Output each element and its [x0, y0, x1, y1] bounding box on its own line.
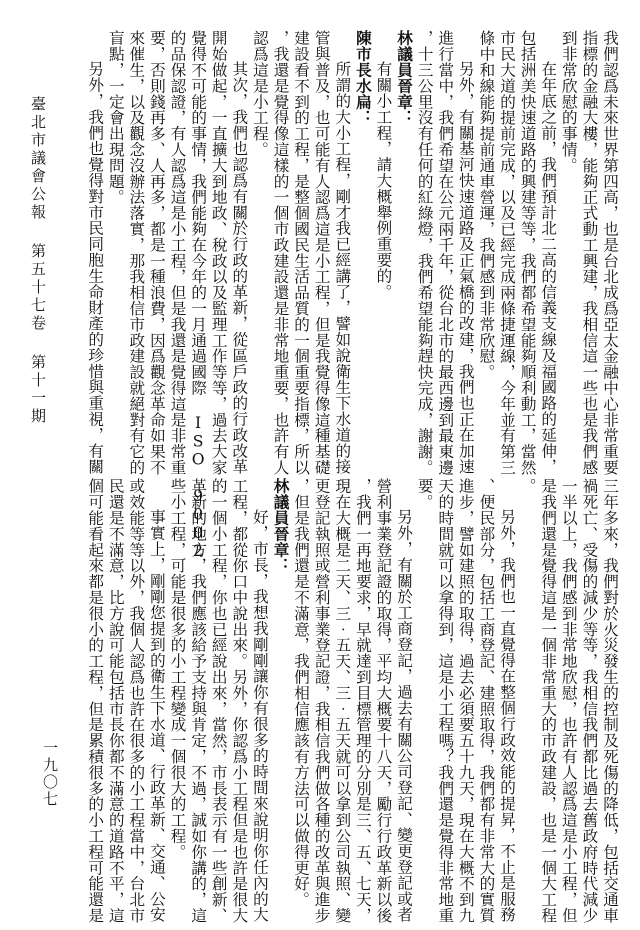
text-line: 進行當中，我們希望在公元兩千年，從台北市的最西邊到最東邊 — [435, 30, 456, 450]
text-line: 另外，有關基河快速道路及正氣橋的改建，我們也正在加速 — [455, 30, 476, 450]
text-line: 的一個小工程，你也已經說出來，當然，市長表示有一些創新、 — [208, 478, 229, 888]
text-line: 三年多來，我們對於火災發生的控制及死傷的降低，包括交通車 — [599, 478, 620, 888]
text-line: 事實上，剛剛您提到的衛生下水道、行政革新、交通、公安 — [146, 478, 167, 888]
text-line: 民還是不滿意，比方說可能包括市長你都不滿意的道路不平，這 — [105, 478, 126, 888]
text-line: ，但是我們還是不滿意，我們相信應該有方法可以做得更好。 — [291, 478, 312, 888]
text-line: 認爲這是小工程。 — [249, 30, 270, 450]
text-line: 更登記執照或營利事業登記證，我相信我們做各種的改革與進步 — [311, 478, 332, 888]
text-line: ，我還是覺得像這樣的一個市政建設還是非常地重要，也許有人 — [270, 30, 291, 450]
text-line: 。 — [517, 478, 538, 888]
text-line: 工程，都從你口中說出來。另外，你認爲小工程但是也許是很大 — [229, 478, 250, 888]
text-line: 覺得不可能的事情，我們能夠在今年的一月通過國際 ISO 9002 — [188, 30, 209, 450]
text-line: 在年底之前，我們預計北二高的信義支線及福國路的延伸， — [538, 30, 559, 450]
text-line: 一半以上，我們感到非常地欣慰，也許有人認爲這是小工程，但 — [558, 478, 579, 888]
text-line: 進步，譬如建照的取得，過去必須要五十九天，現在大概不到九 — [455, 478, 476, 888]
issue-label: 第十一期 — [29, 354, 47, 426]
text-line: 天的時間就可以拿得到，這是小工程嗎？我們還是覺得非常地重 — [435, 478, 456, 888]
text-line: 現在大概是二天、三‧五天、三‧五天就可以拿到公司執照、變 — [332, 478, 353, 888]
journal-title: 臺北市議會公報 — [29, 96, 47, 222]
text-line: 是我們還是覺得這是一個非常重大的市政建設，也是一個大工程 — [538, 478, 559, 888]
text-line: 指標的金融大樓，能夠正式動工興建，我相信這一些也是我們感 — [579, 30, 600, 450]
bottom-text-block: 三年多來，我們對於火災發生的控制及死傷的降低，包括交通車 禍死亡、受傷的減少等等… — [45, 478, 620, 888]
text-line: 另外，我們也覺得對市民同胞生命財產的珍惜與重視，有關 — [85, 30, 106, 450]
text-line: 個可能看起來都是很小的工程，但是累積很多的小工程可能還是 — [85, 478, 106, 888]
text-line: 市民大道的提前完成，以及已經完成兩條捷運線，今年並有第三 — [496, 30, 517, 450]
text-line: 所謂的大小工程，剛才我已經講了，譬如說衛生下水道的接 — [332, 30, 353, 450]
journal-header: 臺北市議會公報第五十七卷第十一期 — [28, 96, 49, 426]
text-line: 管與普及，也可能有人認爲這是小工程，但是我覺得像這種基礎 — [311, 30, 332, 450]
text-line: 包括洲美快速道路的興建等等，我們都希望能夠順利動工，當然 — [517, 30, 538, 450]
text-line: 要，否則錢再多、人再多，都是一種浪費，因爲觀念革命如果不 — [146, 30, 167, 450]
text-line: 革新的地方，我們應該給予支持與肯定，不過，誠如你講的，這 — [188, 478, 209, 888]
text-line: 盲點，一定會出現問題。 — [105, 30, 126, 450]
text-line: ，十三公里沒有任何的紅綠燈，我們希望能夠趕快完成，謝謝。 — [414, 30, 435, 450]
volume-label: 第五十七卷 — [29, 243, 47, 333]
text-line: 好，市長，我想我剛剛讓你有很多的時間來說明你任內的大 — [249, 478, 270, 888]
text-line: 營利事業登記證的取得，平均大概要十八天，勵行行政革新以後 — [373, 478, 394, 888]
text-line: 有關小工程，請大概舉例重要的。 — [373, 30, 394, 450]
text-line: 來催生，以及觀念沒辦法落實，那我相信市政建設就絕對有它的 — [126, 30, 147, 450]
text-line: 我們認爲未來世界第四高，也是台北成爲亞太金融中心非常重要 — [599, 30, 620, 450]
text-line: 其次，我們也認爲有關於行政的革新，從區戶政的行政改革 — [229, 30, 250, 450]
text-line: 另外，我們也一直覺得在整個行政效能的提昇，不止是服務 — [496, 478, 517, 888]
text-line: 開始做起，一直擴大到地政、稅政以及監理工作等等，過去大家 — [208, 30, 229, 450]
text-line: ，我們一再地要求，早就達到目標管理的分別是三、五、七天， — [352, 478, 373, 888]
text-line: 或效能等等以外，我個人認爲也許在很多的小工程當中，台北市 — [126, 478, 147, 888]
text-line: 禍死亡、受傷的減少等等，我相信我們都比過去舊政府時代減少 — [579, 478, 600, 888]
text-line: 要。 — [414, 478, 435, 888]
top-text-block: 我們認爲未來世界第四高，也是台北成爲亞太金融中心非常重要 指標的金融大樓，能夠正… — [45, 30, 620, 450]
page-number: 一九〇七 — [40, 740, 61, 808]
text-line: 、便民部分，包括工商登記、建照取得，我們都有非常大的實質 — [476, 478, 497, 888]
text-line: 另外，有關於工商登記，過去有關公司登記、變更登記或者 — [393, 478, 414, 888]
text-line: 條中和線能夠提前通車營運，我們感到非常欣慰。 — [476, 30, 497, 450]
text-line: 的品保認證，有人認爲這是小工程，但是我還是覺得這是非常重 — [167, 30, 188, 450]
text-line: 建設看不到的工程，是整個國民生活品質的一個重要指標，所以 — [291, 30, 312, 450]
speaker-label: 陳市長水扁： — [352, 30, 373, 450]
speaker-label: 林議員晉章： — [393, 30, 414, 450]
speaker-label: 林議員晉章： — [270, 478, 291, 888]
text-line: 些小工程，可能是很多的小工程變成一個很大的工程。 — [167, 478, 188, 888]
text-line: 到非常欣慰的事情。 — [558, 30, 579, 450]
